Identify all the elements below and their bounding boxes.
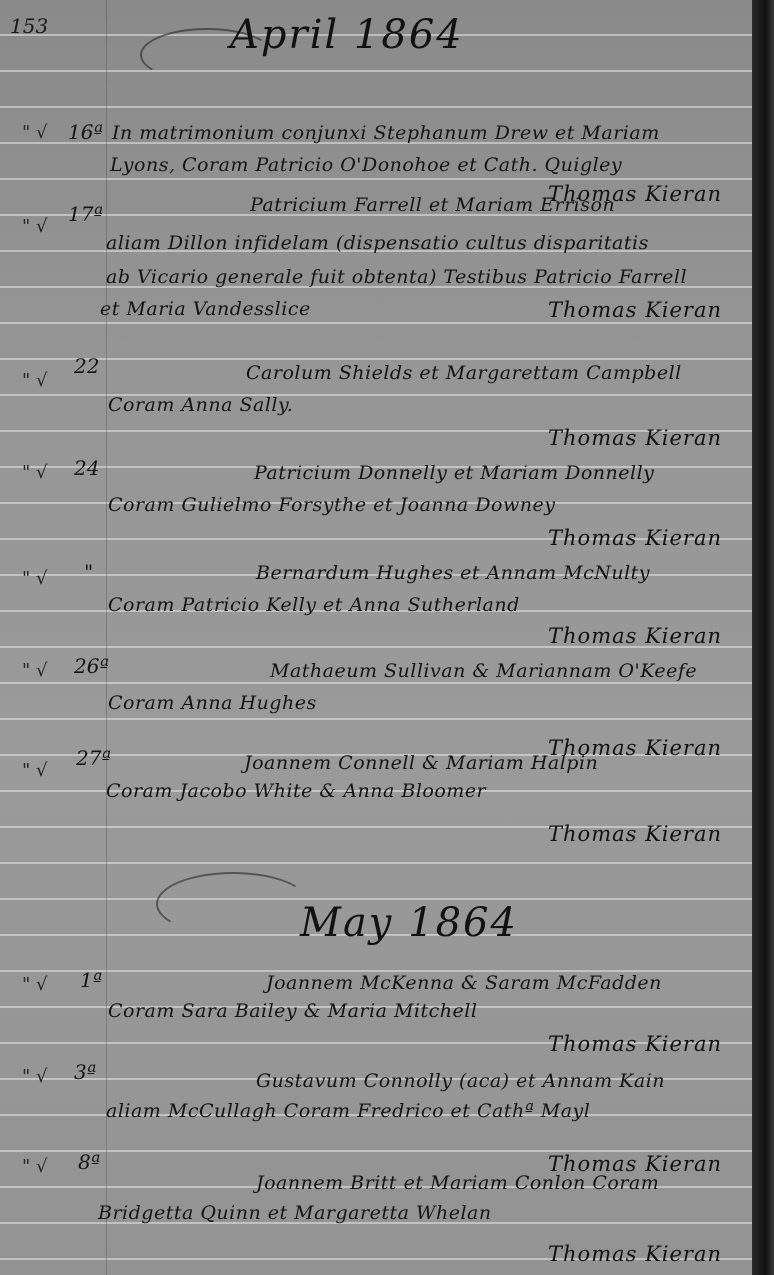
entry-line: aliam Dillon infidelam (dispensatio cult… (106, 232, 649, 254)
entry-tick-mark: " √ (22, 370, 47, 391)
entry-tick-mark: " √ (22, 462, 47, 483)
register-page: 153 April 1864 " √ 16ª In matrimonium co… (0, 0, 752, 1275)
entry-line: Coram Patricio Kelly et Anna Sutherland (108, 594, 520, 616)
priest-signature: Thomas Kieran (548, 822, 722, 846)
entry-tick-mark: " √ (22, 216, 47, 237)
entry-line: Joannem Britt et Mariam Conlon Coram (256, 1172, 659, 1194)
entry-line: In matrimonium conjunxi Stephanum Drew e… (112, 122, 660, 144)
priest-signature: Thomas Kieran (548, 624, 722, 648)
entry-date: 26ª (74, 654, 109, 678)
priest-signature: Thomas Kieran (548, 426, 722, 450)
entry-line: Carolum Shields et Margarettam Campbell (246, 362, 682, 384)
entry-date: 1ª (80, 968, 102, 992)
priest-signature: Thomas Kieran (548, 1032, 722, 1056)
entry-line: Patricium Farrell et Mariam Errison (250, 194, 615, 216)
entry-tick-mark: " √ (22, 974, 47, 995)
entry-tick-mark: " √ (22, 568, 47, 589)
priest-signature: Thomas Kieran (548, 526, 722, 550)
entry-line: Coram Anna Sally. (108, 394, 293, 416)
entry-date: 16ª (68, 120, 103, 144)
entry-line: Coram Anna Hughes (108, 692, 317, 714)
entry-line: Patricium Donnelly et Mariam Donnelly (254, 462, 654, 484)
priest-signature: Thomas Kieran (548, 298, 722, 322)
entry-date: 22 (74, 354, 99, 378)
entry-line: Joannem Connell & Mariam Halpin (244, 752, 598, 774)
entry-tick-mark: " √ (22, 1156, 47, 1177)
entry-line: Coram Jacobo White & Anna Bloomer (106, 780, 486, 802)
entry-line: Joannem McKenna & Saram McFadden (266, 972, 662, 994)
entry-tick-mark: " √ (22, 660, 47, 681)
page-number: 153 (10, 14, 48, 38)
entry-line: Bernardum Hughes et Annam McNulty (256, 562, 650, 584)
entry-line: Lyons, Coram Patricio O'Donohoe et Cath.… (110, 154, 622, 176)
entry-tick-mark: " √ (22, 122, 47, 143)
entry-line: Bridgetta Quinn et Margaretta Whelan (98, 1202, 492, 1224)
entry-date: 17ª (68, 202, 103, 226)
heading-flourish (156, 872, 310, 936)
month-heading-may: May 1864 (300, 900, 518, 946)
month-heading-april: April 1864 (230, 12, 464, 58)
entry-line: et Maria Vandesslice (100, 298, 311, 320)
entry-tick-mark: " √ (22, 1066, 47, 1087)
entry-line: aliam McCullagh Coram Fredrico et Cathª … (106, 1100, 590, 1122)
entry-line: Coram Gulielmo Forsythe et Joanna Downey (108, 494, 555, 516)
entry-tick-mark: " √ (22, 760, 47, 781)
entry-date: 24 (74, 456, 99, 480)
entry-line: Coram Sara Bailey & Maria Mitchell (108, 1000, 477, 1022)
priest-signature: Thomas Kieran (548, 1242, 722, 1266)
entry-line: Mathaeum Sullivan & Mariannam O'Keefe (270, 660, 697, 682)
entry-date: " (84, 560, 93, 584)
entry-date: 8ª (78, 1150, 100, 1174)
entry-line: ab Vicario generale fuit obtenta) Testib… (106, 266, 687, 288)
book-binding-edge (752, 0, 774, 1275)
entry-line: Gustavum Connolly (aca) et Annam Kain (256, 1070, 665, 1092)
entry-date: 27ª (76, 746, 111, 770)
entry-date: 3ª (74, 1060, 96, 1084)
margin-rule (106, 0, 107, 1275)
